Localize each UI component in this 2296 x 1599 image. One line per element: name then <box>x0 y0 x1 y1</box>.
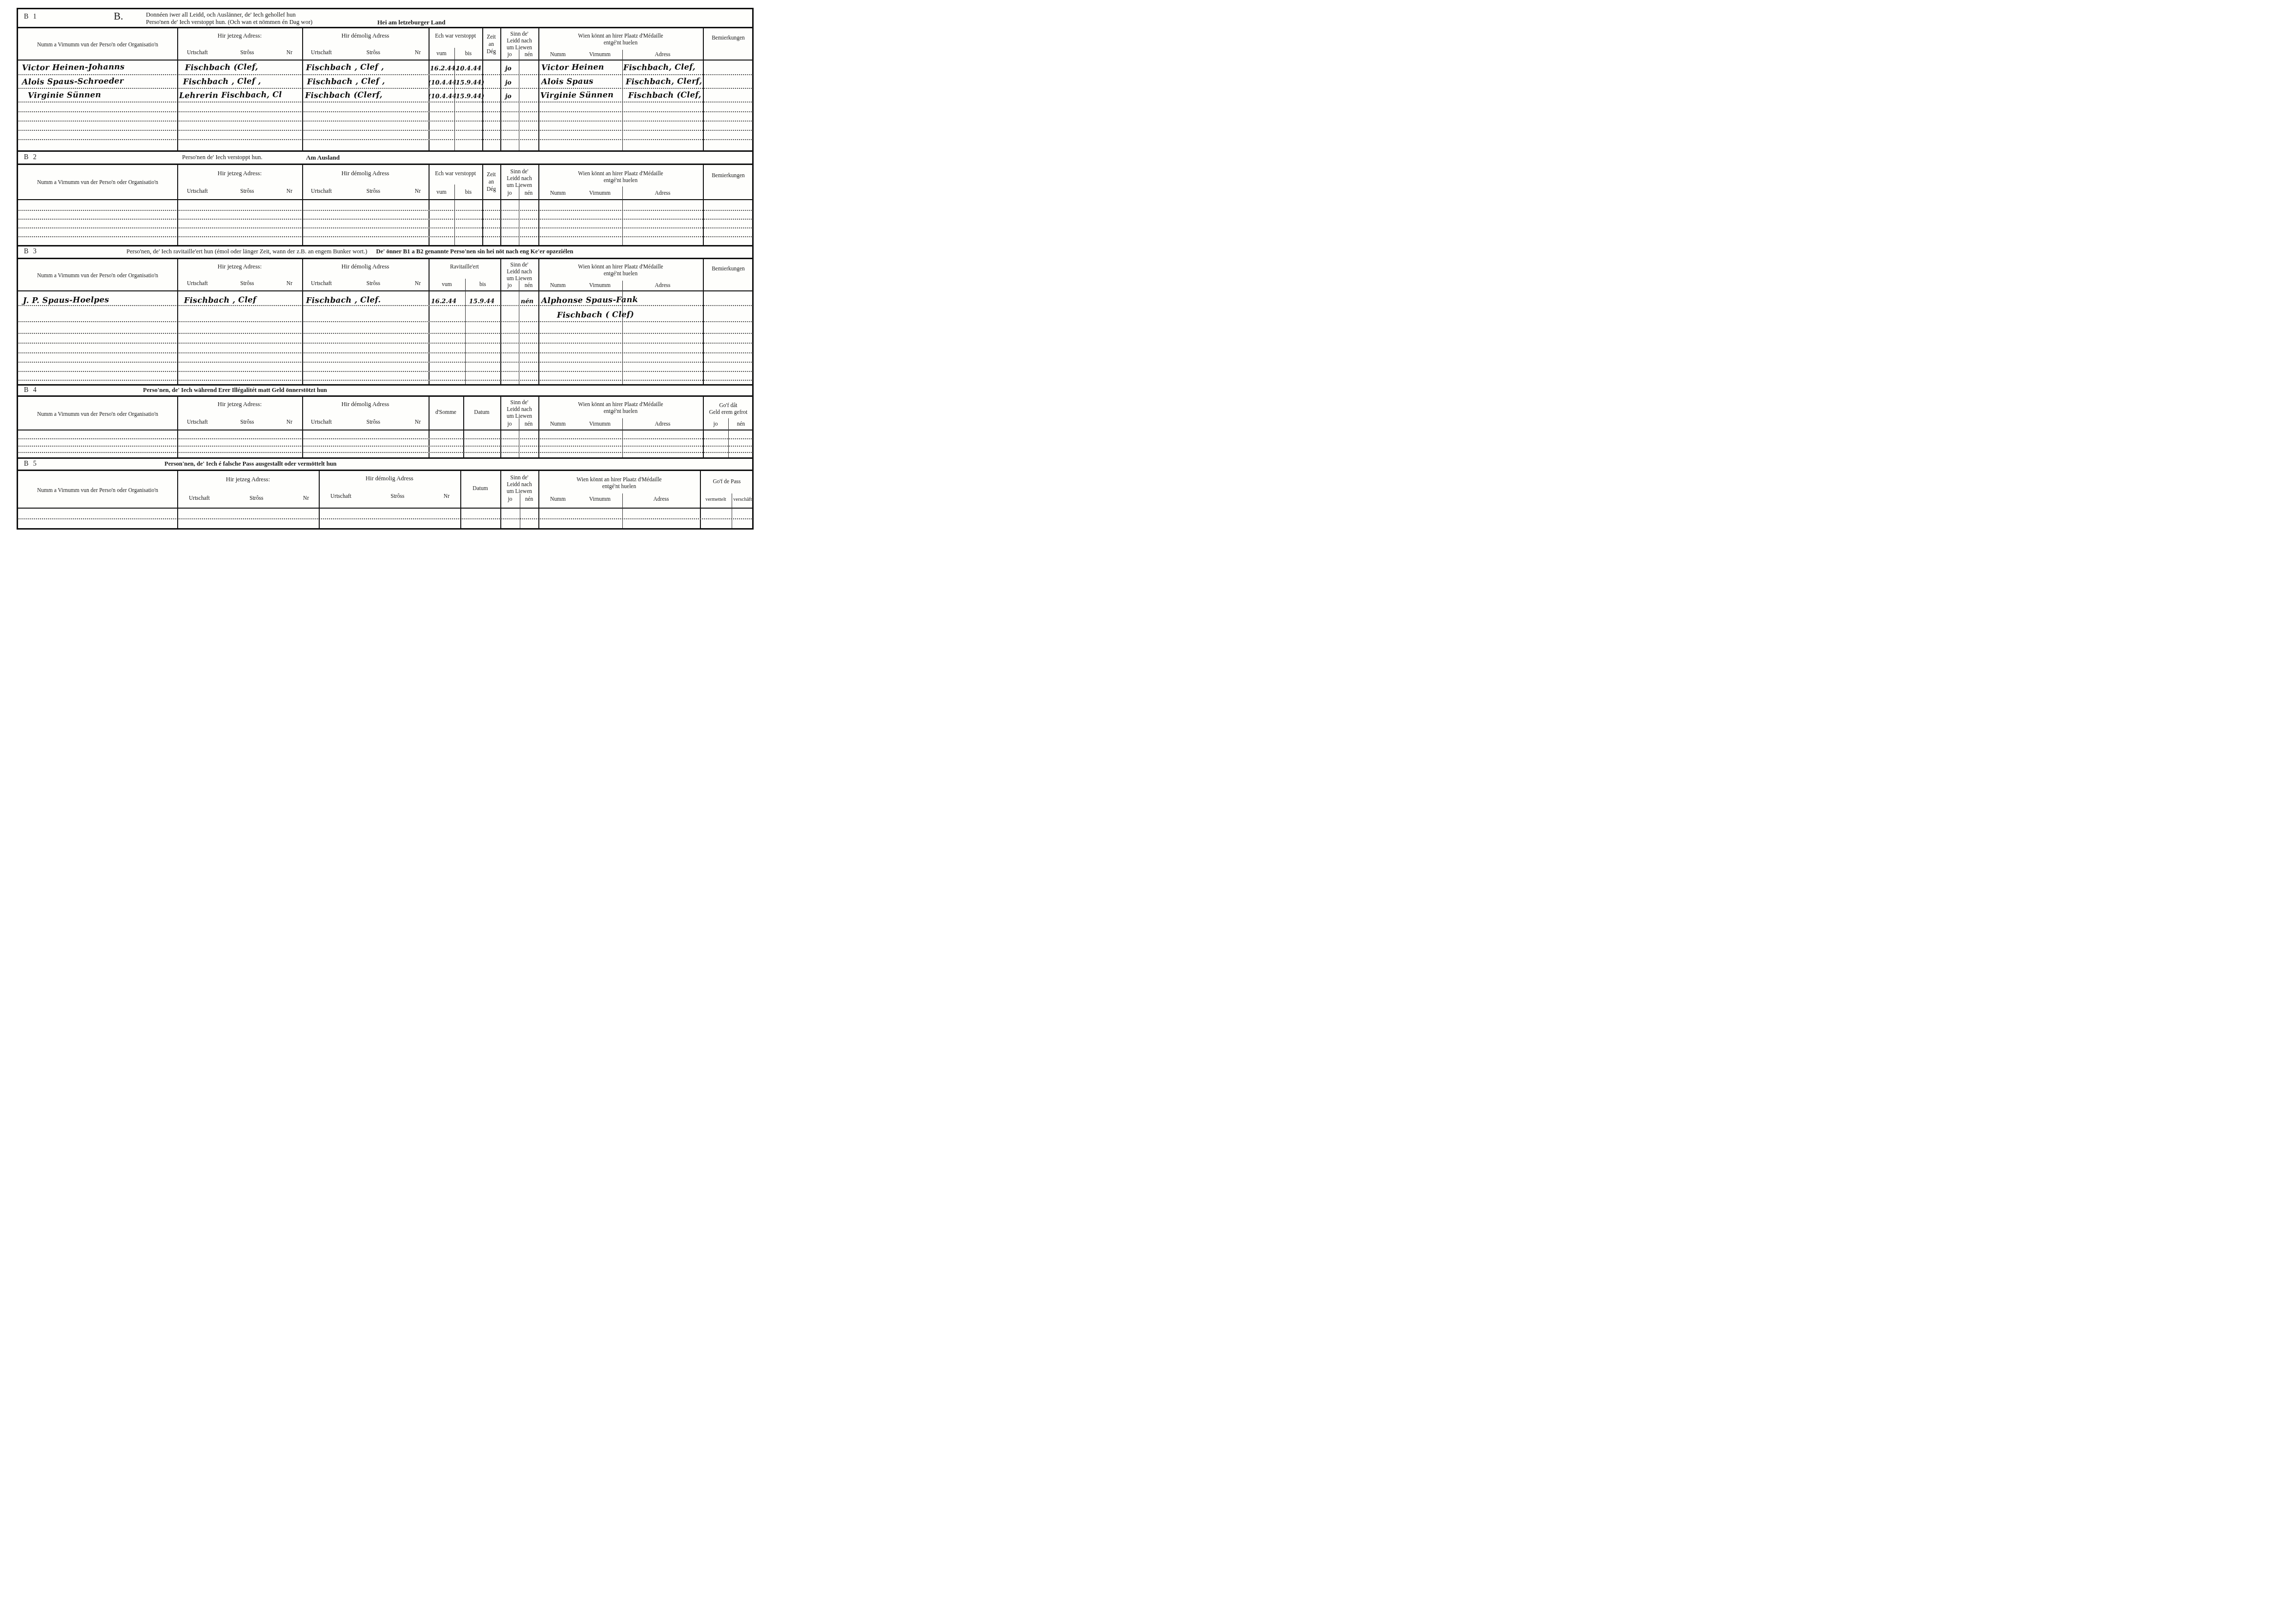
col-stross: Strôss <box>390 493 404 499</box>
col-jo: jo <box>703 421 728 428</box>
entry-medaille-name: Victor Heinen <box>541 62 604 72</box>
col-sinn-3: um Liewen <box>500 489 538 495</box>
col-jo: jo <box>500 52 519 58</box>
col-urtschaft: Urtschaft <box>187 188 208 194</box>
dotted-line <box>19 352 752 353</box>
section-b4-table: Numm a Virnumm vun der Perso'n oder Orga… <box>18 397 752 457</box>
dotted-line <box>19 227 752 228</box>
entry-jetzeg: Fischbach (Clef, <box>185 62 258 72</box>
col-header-datum: Datum <box>460 486 500 492</box>
col-header-somme: d'Somme <box>429 410 463 416</box>
dotted-line <box>19 74 752 75</box>
entry-name: Alois Spaus-Schroeder <box>22 76 124 86</box>
col-zeit-3: Dég <box>482 49 500 55</box>
col-nr: Nr <box>287 419 292 425</box>
section-b5-table: Numm a Virnumm vun der Perso'n oder Orga… <box>18 471 752 528</box>
col-sinn-2: Leidd nach <box>500 269 538 275</box>
jetzeg-subheaders: Urtschaft Strôss Nr <box>187 188 292 194</box>
entry-vum: (10.4.44 <box>428 92 456 100</box>
section-label-b5: B 5 <box>24 460 38 468</box>
dotted-line <box>19 380 752 381</box>
entry-jetzeg: Lehrerin Fischbach, Cl <box>179 90 282 100</box>
col-stross: Strôss <box>240 50 254 56</box>
col-nen: nén <box>728 421 754 428</box>
col-bemierkungen: Bemierkungen <box>703 35 754 41</box>
col-sinn-2: Leidd nach <box>500 176 538 182</box>
section-b3-table: Numm a Virnumm vun der Perso'n oder Orga… <box>18 259 752 384</box>
entry-name: J. P. Spaus-Hoelpes <box>23 295 109 305</box>
col-sinn-1: Sinn de' <box>500 169 538 175</box>
col-bis: bis <box>454 189 482 196</box>
b1-title-bold: Hei am letzeburger Land <box>377 19 446 26</box>
section-label-b1: B 1 <box>24 13 38 21</box>
v-line <box>302 165 303 245</box>
dotted-line <box>19 321 752 322</box>
col-zeit-1: Zeit <box>482 172 500 178</box>
dotted-line <box>19 111 752 112</box>
col-nr: Nr <box>415 281 421 287</box>
v-line <box>703 28 704 150</box>
v-line <box>463 397 464 457</box>
col-header-name: Numm a Virnumm vun der Perso'n oder Orga… <box>18 180 177 186</box>
b4-title: Perso'nen, de' Iech während Erer Illégal… <box>143 387 327 394</box>
v-line <box>177 165 178 245</box>
dotted-line <box>19 88 752 89</box>
col-stross: Strôss <box>240 281 254 287</box>
entry-demolig: Fischbach , Clef , <box>307 76 385 86</box>
col-verschaft: verschâft <box>732 497 754 503</box>
b2-title-bold: Am Ausland <box>306 154 340 162</box>
col-sinn-1: Sinn de' <box>500 31 538 38</box>
col-header-name: Numm a Virnumm vun der Perso'n oder Orga… <box>18 273 177 279</box>
entry-name: Virginie Sünnen <box>28 90 101 100</box>
col-stross: Strôss <box>240 188 254 194</box>
entry-liewen: jo <box>505 64 512 72</box>
dotted-line <box>19 438 752 439</box>
col-header-verstoppt: Ech war verstoppt <box>429 33 482 40</box>
dotted-line <box>19 371 752 372</box>
entry-medaille-adress: Fischbach (Clef, <box>628 90 701 100</box>
v-line <box>519 50 519 150</box>
col-urtschaft: Urtschaft <box>187 50 208 56</box>
col-virnumm: Virnumm <box>577 496 622 503</box>
col-wien-1: Wien könnt an hirer Plaatz d'Médaille <box>538 402 703 408</box>
col-nr: Nr <box>415 188 421 194</box>
entry-demolig: Fischbach , Clef. <box>306 295 381 305</box>
entry-liewen: jo <box>505 79 512 86</box>
col-stross: Strôss <box>367 50 380 56</box>
col-sinn-1: Sinn de' <box>500 475 538 481</box>
section-b5-header: B 5 Person'nen, de' Iech é falsche Pass … <box>18 459 752 470</box>
section-b2-table: Numm a Virnumm vun der Perso'n oder Orga… <box>18 165 752 245</box>
col-nr: Nr <box>444 493 450 499</box>
entry-bis: 15.9.44) <box>456 79 484 86</box>
jetzeg-subheaders: Urtschaft Strôss Nr <box>187 281 292 287</box>
section-label-b2: B 2 <box>24 154 38 162</box>
col-wien-2: entgé'nt huelen <box>538 178 703 184</box>
col-vum: vum <box>429 51 454 57</box>
v-line <box>429 28 430 150</box>
col-zeit-2: an <box>482 179 500 185</box>
col-virnumm: Virnumm <box>577 421 622 428</box>
entry-bis: 15.9.44 <box>469 297 494 305</box>
col-nen: nén <box>520 496 538 503</box>
entry-medaille-adress: Fischbach ( Clef) <box>557 309 634 320</box>
section-b2-header: B 2 Perso'nen de' Iech verstoppt hun. Am… <box>18 152 752 164</box>
col-header-demolig: Hir démolig Adress <box>319 475 460 482</box>
b5-title: Person'nen, de' Iech é falsche Pass ausg… <box>164 460 337 468</box>
v-line <box>460 471 461 528</box>
section-b1-table: Numm a Virnumm vun der Perso'n oder Orga… <box>18 28 752 150</box>
col-adress: Adress <box>622 190 703 197</box>
col-urtschaft: Urtschaft <box>311 188 332 194</box>
demolig-subheaders: Urtschaft Strôss Nr <box>330 493 450 499</box>
col-adress: Adress <box>622 496 700 503</box>
entry-medaille-adress: Fischbach, Clerf, <box>626 76 702 86</box>
col-urtschaft: Urtschaft <box>189 495 210 501</box>
entry-jetzeg: Fischbach , Clef , <box>183 76 261 86</box>
h-line <box>17 528 754 530</box>
b3-title-2: De' önner B1 a B2 genannte Perso'nen sin… <box>376 248 573 255</box>
section-b1-title: Donnéen iwer all Leidd, och Auslänner, d… <box>146 11 312 26</box>
col-header-demolig: Hir démolig Adress <box>302 170 429 177</box>
col-header-gof-pass: Go'f de Pass <box>700 479 754 485</box>
col-adress: Adress <box>622 52 703 58</box>
col-header-jetzeg: Hir jetzeg Adress: <box>177 170 302 177</box>
col-bemierkungen: Bemierkungen <box>703 266 754 272</box>
col-header-datum: Datum <box>463 410 500 416</box>
col-sinn-2: Leidd nach <box>500 482 538 488</box>
col-header-jetzeg: Hir jetzeg Adress: <box>177 401 302 408</box>
dotted-line <box>19 333 752 334</box>
entry-liewen: jo <box>505 92 512 100</box>
col-nr: Nr <box>287 50 292 56</box>
col-numm: Numm <box>538 52 577 58</box>
b1-title-line2: Perso'nen de' Iech verstoppt hun. (Och w… <box>146 19 312 26</box>
col-bemierkungen: Bemierkungen <box>703 173 754 179</box>
col-virnumm: Virnumm <box>577 190 622 197</box>
entry-bis: 15.9.44) <box>456 92 484 100</box>
entry-medaille-name: Alphonse Spaus-Fank <box>541 295 638 305</box>
col-sinn-3: um Liewen <box>500 276 538 282</box>
col-wien-1: Wien könnt an hirer Plaatz d'Médaille <box>538 33 703 40</box>
col-adress: Adress <box>622 421 703 428</box>
col-stross: Strôss <box>240 419 254 425</box>
dotted-line <box>19 130 752 131</box>
dotted-line <box>19 343 752 344</box>
section-label-b3: B 3 <box>24 248 38 256</box>
section-letter-b: B. <box>114 10 123 22</box>
col-header-jetzeg: Hir jetzeg Adress: <box>177 476 319 483</box>
col-stross: Strôss <box>249 495 263 501</box>
col-sinn-3: um Liewen <box>500 45 538 51</box>
col-numm: Numm <box>538 421 577 428</box>
section-label-b4: B 4 <box>24 387 38 394</box>
col-vum: vum <box>429 189 454 196</box>
section-b4-header: B 4 Perso'nen, de' Iech während Erer Ill… <box>18 386 752 395</box>
scanned-form-page: B 1 B. Donnéen iwer all Leidd, och Auslä… <box>17 8 754 530</box>
col-sinn-1: Sinn de' <box>500 262 538 268</box>
col-nen: nén <box>519 283 538 289</box>
col-jo: jo <box>500 190 519 197</box>
dotted-line <box>19 452 752 453</box>
entry-name: Victor Heinen-Johanns <box>22 62 124 72</box>
col-jo: jo <box>500 283 519 289</box>
col-virnumm: Virnumm <box>577 283 622 289</box>
v-line <box>302 28 303 150</box>
col-vermettelt: vermettelt <box>700 497 732 503</box>
col-zeit-2: an <box>482 41 500 48</box>
dotted-line <box>19 121 752 122</box>
col-jo: jo <box>500 496 520 503</box>
entry-vum: 16.2.44. <box>430 64 458 72</box>
entry-medaille-name: Virginie Sünnen <box>540 90 614 100</box>
jetzeg-subheaders: Urtschaft Strôss Nr <box>187 50 292 56</box>
dotted-line <box>19 102 752 102</box>
entry-medaille-name: Alois Spaus <box>541 76 594 86</box>
section-b1-header: B 1 B. Donnéen iwer all Leidd, och Auslä… <box>18 9 752 27</box>
col-urtschaft: Urtschaft <box>311 419 332 425</box>
col-stross: Strôss <box>367 188 380 194</box>
col-urtschaft: Urtschaft <box>330 493 351 499</box>
entry-vum: (10.4.44. <box>428 79 459 86</box>
b3-titles: Perso'nen, de' Iech ravitaille'ert hun (… <box>126 248 748 255</box>
col-nr: Nr <box>287 281 292 287</box>
col-wien-2: entgé'nt huelen <box>538 409 703 415</box>
col-wien-2: entgé'nt huelen <box>538 484 700 490</box>
v-line <box>465 279 466 384</box>
b3-title-1: Perso'nen, de' Iech ravitaille'ert hun (… <box>126 248 367 255</box>
demolig-subheaders: Urtschaft Strôss Nr <box>311 419 421 425</box>
col-nr: Nr <box>415 50 421 56</box>
entry-medaille-adress: Fischbach, Clef, <box>623 62 696 72</box>
v-line <box>538 28 539 150</box>
section-b3-header: B 3 Perso'nen, de' Iech ravitaille'ert h… <box>18 246 752 258</box>
demolig-subheaders: Urtschaft Strôss Nr <box>311 50 421 56</box>
demolig-subheaders: Urtschaft Strôss Nr <box>311 281 421 287</box>
dotted-line <box>19 139 752 140</box>
dotted-line <box>19 236 752 237</box>
col-vum: vum <box>429 282 465 288</box>
v-line <box>622 50 623 150</box>
entry-liewen: nén <box>521 297 533 305</box>
col-sinn-1: Sinn de' <box>500 400 538 406</box>
col-numm: Numm <box>538 283 577 289</box>
jetzeg-subheaders: Urtschaft Strôss Nr <box>189 495 309 501</box>
col-urtschaft: Urtschaft <box>311 50 332 56</box>
entry-jetzeg: Fischbach , Clef <box>184 295 256 305</box>
col-urtschaft: Urtschaft <box>311 281 332 287</box>
v-line <box>177 28 178 150</box>
col-header-verstoppt: Ech war verstoppt <box>429 171 482 177</box>
col-nr: Nr <box>287 188 292 194</box>
col-nr: Nr <box>303 495 309 501</box>
entry-bis: 10.4.44 <box>456 64 481 72</box>
col-header-demolig: Hir démolig Adress <box>302 263 429 270</box>
col-nen: nén <box>519 190 538 197</box>
col-jo: jo <box>500 421 519 428</box>
col-header-jetzeg: Hir jetzeg Adress: <box>177 32 302 39</box>
col-gof-1: Go'f dât <box>703 403 754 409</box>
dotted-line <box>19 305 752 306</box>
col-adress: Adress <box>622 283 703 289</box>
demolig-subheaders: Urtschaft Strôss Nr <box>311 188 421 194</box>
col-numm: Numm <box>538 496 577 503</box>
col-sinn-2: Leidd nach <box>500 407 538 413</box>
col-header-name: Numm a Virnumm vun der Perso'n oder Orga… <box>18 42 177 48</box>
col-nr: Nr <box>415 419 421 425</box>
dotted-line <box>19 210 752 211</box>
entry-vum: 16.2.44 <box>431 297 456 305</box>
dotted-line <box>19 219 752 220</box>
col-zeit-3: Dég <box>482 186 500 193</box>
col-urtschaft: Urtschaft <box>187 419 208 425</box>
col-zeit-1: Zeit <box>482 34 500 41</box>
b1-title-line1: Donnéen iwer all Leidd, och Auslänner, d… <box>146 11 312 19</box>
dotted-line <box>19 446 752 447</box>
col-wien-1: Wien könnt an hirer Plaatz d'Médaille <box>538 477 700 483</box>
col-urtschaft: Urtschaft <box>187 281 208 287</box>
dotted-line <box>19 362 752 363</box>
dotted-line <box>19 518 752 519</box>
col-virnumm: Virnumm <box>577 52 622 58</box>
col-wien-1: Wien könnt an hirer Plaatz d'Médaille <box>538 171 703 177</box>
col-header-ravitaille: Ravitaille'ert <box>429 264 500 270</box>
col-bis: bis <box>465 282 500 288</box>
col-wien-2: entgé'nt huelen <box>538 271 703 277</box>
entry-demolig: Fischbach (Clerf, <box>305 90 383 100</box>
v-line <box>519 281 519 384</box>
entry-demolig: Fischbach , Clef , <box>306 62 384 72</box>
col-header-jetzeg: Hir jetzeg Adress: <box>177 263 302 270</box>
v-line <box>429 397 430 457</box>
col-header-name: Numm a Virnumm vun der Perso'n oder Orga… <box>18 488 177 494</box>
col-sinn-3: um Liewen <box>500 413 538 420</box>
col-bis: bis <box>454 51 482 57</box>
b2-title: Perso'nen de' Iech verstoppt hun. <box>182 154 263 161</box>
col-numm: Numm <box>538 190 577 197</box>
col-sinn-2: Leidd nach <box>500 38 538 44</box>
jetzeg-subheaders: Urtschaft Strôss Nr <box>187 419 292 425</box>
col-wien-1: Wien könnt an hirer Plaatz d'Médaille <box>538 264 703 270</box>
col-gof-2: Geld erem gefrot <box>703 410 754 416</box>
col-stross: Strôss <box>367 419 380 425</box>
col-header-name: Numm a Virnumm vun der Perso'n oder Orga… <box>18 411 177 418</box>
col-stross: Strôss <box>367 281 380 287</box>
col-nen: nén <box>519 52 538 58</box>
col-header-demolig: Hir démolig Adress <box>302 32 429 39</box>
col-wien-2: entgé'nt huelen <box>538 40 703 46</box>
col-nen: nén <box>519 421 538 428</box>
col-header-demolig: Hir démolig Adress <box>302 401 429 408</box>
col-sinn-3: um Liewen <box>500 183 538 189</box>
